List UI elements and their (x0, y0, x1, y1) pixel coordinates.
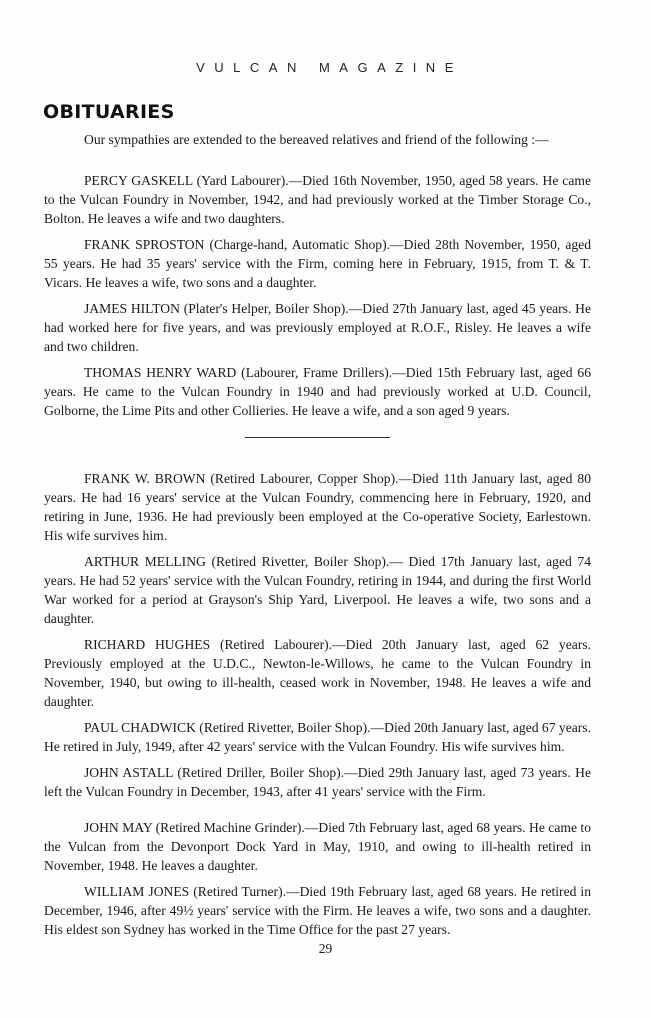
magazine-page: VULCAN MAGAZINE OBITUARIES Our sympathie… (0, 0, 651, 1018)
obituary-entry: ARTHUR MELLING (Retired Rivetter, Boiler… (44, 552, 591, 628)
obituary-entry: JOHN MAY (Retired Machine Grinder).—Died… (44, 818, 591, 875)
obituaries-group-2: FRANK W. BROWN (Retired Labourer, Copper… (44, 469, 591, 946)
section-divider (245, 437, 390, 438)
obituaries-group-1: PERCY GASKELL (Yard Labourer).—Died 16th… (44, 171, 591, 427)
obituary-entry: PERCY GASKELL (Yard Labourer).—Died 16th… (44, 171, 591, 228)
obituary-entry: PAUL CHADWICK (Retired Rivetter, Boiler … (44, 718, 591, 756)
page-number: 29 (0, 941, 651, 957)
obituary-entry: JOHN ASTALL (Retired Driller, Boiler Sho… (44, 763, 591, 801)
intro-block: Our sympathies are extended to the berea… (44, 130, 591, 156)
obituary-entry: WILLIAM JONES (Retired Turner).—Died 19t… (44, 882, 591, 939)
obituary-entry: THOMAS HENRY WARD (Labourer, Frame Drill… (44, 363, 591, 420)
running-head: VULCAN MAGAZINE (0, 60, 651, 75)
obituary-entry: FRANK SPROSTON (Charge-hand, Automatic S… (44, 235, 591, 292)
obituary-entry: FRANK W. BROWN (Retired Labourer, Copper… (44, 469, 591, 545)
obituary-entry: RICHARD HUGHES (Retired Labourer).—Died … (44, 635, 591, 711)
obituary-entry: JAMES HILTON (Plater's Helper, Boiler Sh… (44, 299, 591, 356)
section-title: OBITUARIES (43, 101, 175, 123)
spacer (44, 808, 591, 818)
intro-paragraph: Our sympathies are extended to the berea… (44, 130, 591, 149)
